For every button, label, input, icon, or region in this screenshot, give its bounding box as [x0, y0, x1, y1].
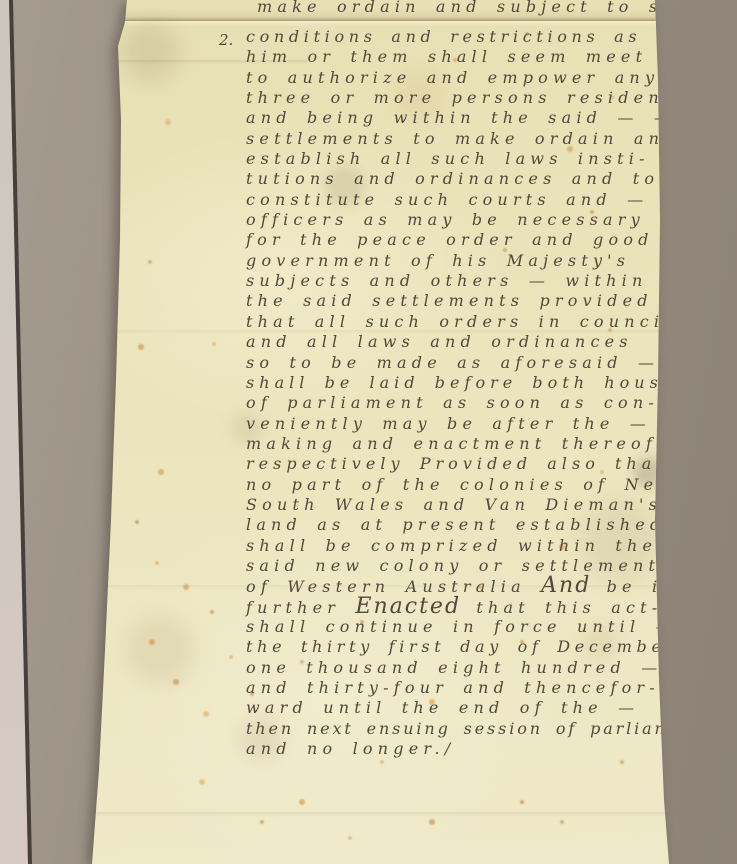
fox-spot — [138, 344, 144, 350]
line-segment: that this act- — [461, 598, 662, 617]
fox-spot — [165, 119, 171, 125]
fox-spot — [229, 655, 233, 659]
manuscript-line: and being within the said — — — [246, 108, 666, 128]
manuscript-line: to authorize and empower any — [246, 68, 666, 88]
line-segment: further — [246, 598, 355, 617]
fox-spot — [299, 799, 305, 805]
engrossed-word: And — [541, 573, 591, 598]
manuscript-line: the said settlements provided — — [246, 291, 666, 311]
manuscript-line: no part of the colonies of New — [246, 475, 666, 495]
manuscript-line: said new colony or settlements. — [246, 556, 666, 576]
manuscript-line: subjects and others — within — [246, 271, 666, 291]
manuscript-text: conditions and restrictions as tohim or … — [246, 27, 666, 759]
fox-spot — [135, 520, 139, 524]
catchline: make ordain and subject to such — [257, 0, 708, 16]
manuscript-line: respectively Provided also that- — [246, 454, 666, 474]
manuscript-line: for the peace order and good — [246, 230, 666, 250]
fox-spot — [158, 469, 164, 475]
fold-crease — [0, 812, 737, 817]
manuscript-line: further Enacted that this act- — [246, 597, 666, 617]
manuscript-line: officers as may be necessary — [246, 210, 666, 230]
manuscript-line: shall be comprized within the- — [246, 536, 666, 556]
fox-spot — [620, 760, 624, 764]
fox-spot — [155, 561, 159, 565]
fox-spot — [120, 22, 180, 82]
top-fold-highlight — [0, 21, 737, 26]
fox-spot — [183, 584, 189, 590]
manuscript-line: then next ensuing session of parliament — [246, 719, 666, 739]
manuscript-line: government of his Majesty's — [246, 251, 666, 271]
parchment-shadow-wrap: make ordain and subject to such 2. condi… — [0, 0, 737, 864]
fox-spot — [148, 260, 152, 264]
manuscript-line: that all such orders in council — [246, 312, 666, 332]
fox-spot — [126, 616, 194, 684]
fox-spot — [520, 800, 524, 804]
manuscript-line: conditions and restrictions as to — [246, 27, 666, 47]
manuscript-line: and all laws and ordinances — [246, 332, 666, 352]
manuscript-line: land as at present established — [246, 515, 666, 535]
manuscript-line: him or them shall seem meet — [246, 47, 666, 67]
manuscript-line: tutions and ordinances and to — [246, 169, 666, 189]
manuscript-line: veniently may be after the — — [246, 414, 666, 434]
manuscript-line: making and enactment thereof — [246, 434, 666, 454]
fox-spot — [212, 342, 216, 346]
manuscript-line: and thirty-four and thencefor- — [246, 678, 666, 698]
manuscript-line: of parliament as soon as con- — [246, 393, 666, 413]
manuscript-line: one thousand eight hundred — — [246, 658, 666, 678]
manuscript-line: shall continue in force until — — [246, 617, 666, 637]
fox-spot — [560, 820, 564, 824]
manuscript-line: shall be laid before both houses — [246, 373, 666, 393]
parchment-page: make ordain and subject to such 2. condi… — [0, 0, 737, 864]
fox-spot — [149, 639, 155, 645]
manuscript-line: South Wales and Van Dieman's — [246, 495, 666, 515]
manuscript-line: establish all such laws insti- — [246, 149, 666, 169]
line-segment: be it — [591, 577, 674, 596]
fox-spot — [203, 711, 209, 717]
manuscript-line: the thirty first day of December. — [246, 637, 666, 657]
fox-spot — [429, 819, 435, 825]
engrossed-word: Enacted — [355, 594, 461, 619]
manuscript-line: three or more persons resident. — [246, 88, 666, 108]
fox-spot — [348, 836, 352, 840]
fox-spot — [173, 679, 179, 685]
manuscript-line: settlements to make ordain and — [246, 129, 666, 149]
fox-spot — [210, 610, 214, 614]
manuscript-line: constitute such courts and — — [246, 190, 666, 210]
photograph-of-manuscript: make ordain and subject to such 2. condi… — [0, 0, 737, 864]
fox-spot — [199, 779, 205, 785]
fox-spot — [380, 760, 384, 764]
fox-spot — [260, 820, 264, 824]
manuscript-line: ward until the end of the — — [246, 698, 666, 718]
manuscript-line: and no longer./ — [246, 739, 666, 759]
page-number: 2. — [219, 31, 233, 49]
manuscript-line: so to be made as aforesaid — — [246, 353, 666, 373]
